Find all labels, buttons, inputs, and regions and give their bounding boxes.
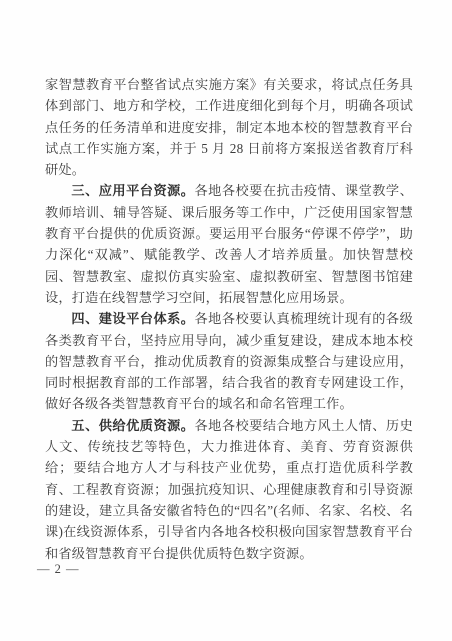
paragraph-text: 各地各校要在抗击疫情、课堂教学、教师培训、辅导答疑、课后服务等工作中，广泛使用国…: [45, 183, 413, 304]
paragraph-text: 家智慧教育平台整省试点实施方案》有关要求，将试点任务具体到部门、地方和学校，工作…: [45, 77, 413, 177]
page-number: — 2 —: [37, 560, 80, 578]
paragraph-lead: 三、应用平台资源。: [71, 183, 194, 198]
document-page: 家智慧教育平台整省试点实施方案》有关要求，将试点任务具体到部门、地方和学校，工作…: [0, 0, 452, 641]
paragraph-text: 各地各校要认真梳理统计现有的各级各类教育平台，坚持应用导向，减少重复建设，建成本…: [45, 311, 413, 411]
document-body: 家智慧教育平台整省试点实施方案》有关要求，将试点任务具体到部门、地方和学校，工作…: [45, 74, 413, 564]
paragraph-section-4: 四、建设平台体系。各地各校要认真梳理统计现有的各级各类教育平台，坚持应用导向，减…: [45, 308, 413, 414]
paragraph-continuation: 家智慧教育平台整省试点实施方案》有关要求，将试点任务具体到部门、地方和学校，工作…: [45, 74, 413, 180]
paragraph-lead: 五、供给优质资源。: [71, 418, 194, 433]
paragraph-section-5: 五、供给优质资源。各地各校要结合地方风土人情、历史人文、传统技艺等特色，大力推进…: [45, 415, 413, 564]
paragraph-lead: 四、建设平台体系。: [71, 311, 194, 326]
paragraph-section-3: 三、应用平台资源。各地各校要在抗击疫情、课堂教学、教师培训、辅导答疑、课后服务等…: [45, 180, 413, 308]
paragraph-text: 各地各校要结合地方风土人情、历史人文、传统技艺等特色，大力推进体育、美育、劳育资…: [45, 418, 413, 561]
